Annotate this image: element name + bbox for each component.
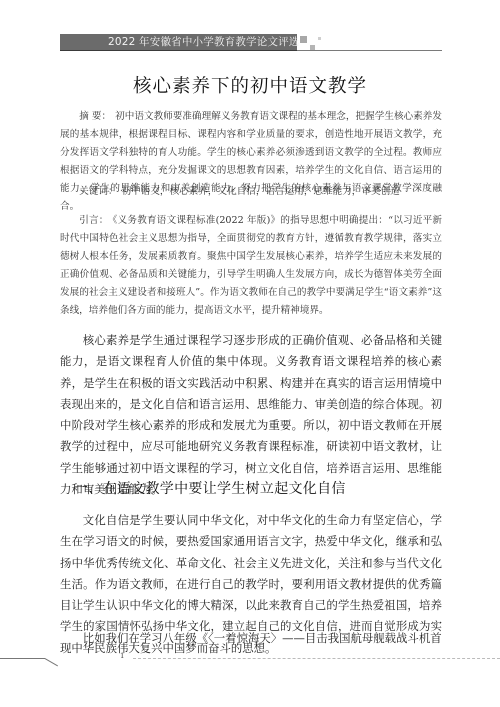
keywords-text: 初中语文，核心素养，文化自信，语言运用，思维能力，审美创造 <box>122 186 400 197</box>
introduction: 引言：《义务教育语文课程标准(2022 年版)》的指导思想中明确提出：“以习近平… <box>60 212 442 320</box>
keywords: 关键词：初中语文，核心素养，文化自信，语言运用，思维能力，审美创造 <box>60 183 442 201</box>
running-header-bar: 2022 年安徽省中小学教育教学论文评选 <box>60 34 297 51</box>
footer-slash-rule <box>45 658 58 666</box>
abstract-label: 摘 要： <box>79 111 111 122</box>
decorative-square-icon <box>318 37 321 40</box>
decorative-square-icon <box>310 45 315 50</box>
paper-title: 核心素养下的初中语文教学 <box>0 72 500 98</box>
header-rule <box>297 50 442 51</box>
running-header-text: 2022 年安徽省中小学教育教学论文评选 <box>108 35 300 49</box>
decorative-square-icon <box>300 36 307 43</box>
footer-rule <box>0 658 45 659</box>
body-paragraph: 核心素养是学生通过课程学习逐步形成的正确价值观、必备品格和关键能力，是语文课程育… <box>60 330 442 500</box>
keywords-label: 关键词： <box>79 186 117 197</box>
footer-dotted-rule <box>133 658 500 659</box>
page-number: 1 <box>120 652 124 660</box>
body-paragraph: 比如我们在学习八年级《〈一着惊海天〉——目击我国航母舰载战斗机首架次成功着 <box>60 628 442 649</box>
introduction-text: 《义务教育语文课程标准(2022 年版)》的指导思想中明确提出：“以习近平新时代… <box>60 215 442 316</box>
section-heading: 一、在语文教学中要让学生树立起文化自信 <box>74 478 346 498</box>
introduction-label: 引言： <box>79 215 108 226</box>
